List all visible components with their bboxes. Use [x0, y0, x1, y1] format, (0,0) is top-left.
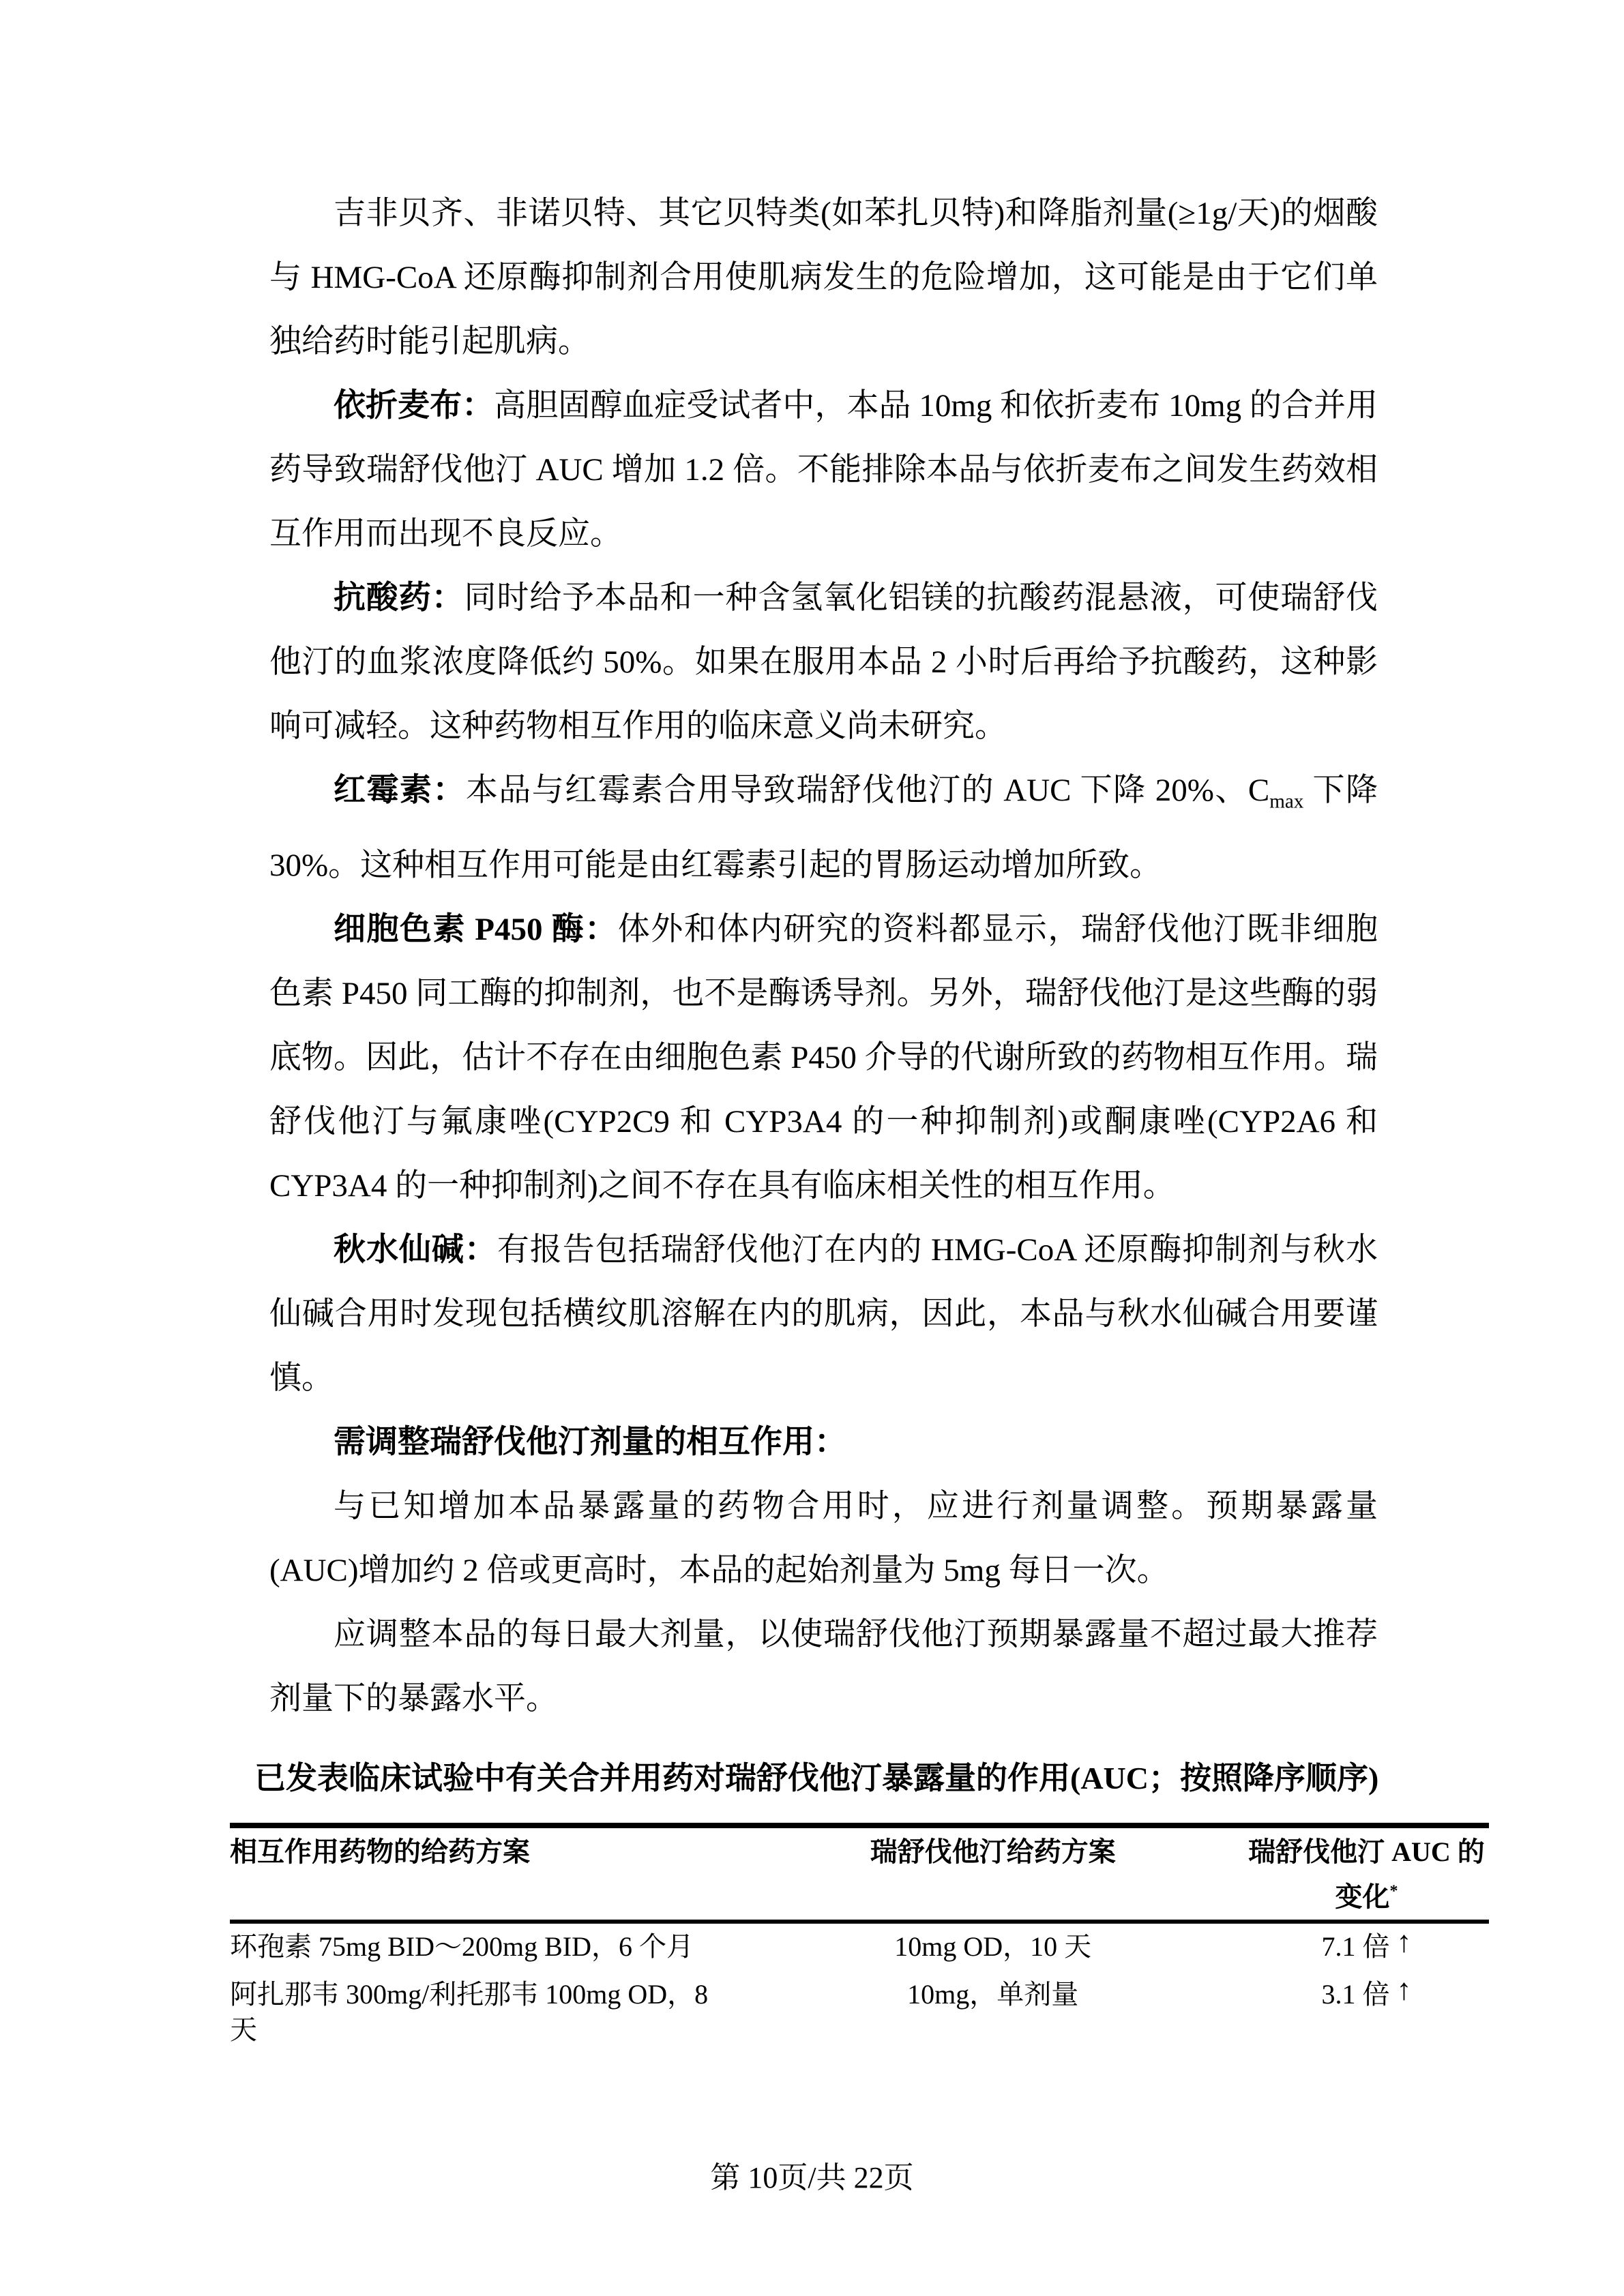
col-header-auc-line2: 变化 [1335, 1881, 1389, 1912]
cell-drug: 环孢素 75mg BID～200mg BID，6 个月 [230, 1922, 742, 1971]
table-header: 相互作用药物的给药方案 瑞舒伐他汀给药方案 瑞舒伐他汀 AUC 的变化* [230, 1825, 1489, 1922]
paragraph-lead: 抗酸药： [334, 580, 464, 616]
paragraph-erythromycin: 红霉素：本品与红霉素合用导致瑞舒伐他汀的 AUC 下降 20%、Cmax 下降 … [269, 758, 1378, 897]
cmax-subscript: max [1269, 790, 1303, 812]
paragraph-text: 本品与红霉素合用导致瑞舒伐他汀的 AUC 下降 20%、C [466, 773, 1269, 808]
col-header-interacting-drug: 相互作用药物的给药方案 [230, 1825, 742, 1922]
interaction-table: 相互作用药物的给药方案 瑞舒伐他汀给药方案 瑞舒伐他汀 AUC 的变化* 环孢素… [230, 1823, 1489, 2055]
col-header-auc-line1: 瑞舒伐他汀 AUC 的 [1248, 1836, 1485, 1867]
heading-text: 需调整瑞舒伐他汀剂量的相互作用： [334, 1425, 846, 1460]
paragraph-ezetimibe: 依折麦布：高胆固醇血症受试者中，本品 10mg 和依折麦布 10mg 的合并用药… [269, 374, 1378, 566]
paragraph-lead: 细胞色素 P450 酶： [334, 912, 618, 947]
paragraph-lead: 依折麦布： [334, 388, 494, 423]
footnote-asterisk: * [1389, 1883, 1398, 1900]
paragraph-lead: 红霉素： [334, 773, 466, 808]
paragraph-text: 吉非贝齐、非诺贝特、其它贝特类(如苯扎贝特)和降脂剂量(≥1g/天)的烟酸与 H… [269, 196, 1378, 359]
paragraph-colchicine: 秋水仙碱：有报告包括瑞舒伐他汀在内的 HMG-CoA 还原酶抑制剂与秋水仙碱合用… [269, 1218, 1378, 1410]
page-footer: 第 10页/共 22页 [0, 2158, 1624, 2198]
paragraph-text: 应调整本品的每日最大剂量，以使瑞舒伐他汀预期暴露量不超过最大推荐剂量下的暴露水平… [269, 1617, 1378, 1716]
auc-change-value: 3.1 倍 [1321, 1979, 1389, 2010]
paragraph-dose-increase: 与已知增加本品暴露量的药物合用时，应进行剂量调整。预期暴露量(AUC)增加约 2… [269, 1474, 1378, 1602]
cell-auc-change: 3.1 倍 ↑ [1244, 1971, 1489, 2055]
col-header-auc-change: 瑞舒伐他汀 AUC 的变化* [1244, 1825, 1489, 1922]
body-text: 吉非贝齐、非诺贝特、其它贝特类(如苯扎贝特)和降脂剂量(≥1g/天)的烟酸与 H… [269, 181, 1378, 1731]
paragraph-cyp450: 细胞色素 P450 酶：体外和体内研究的资料都显示，瑞舒伐他汀既非细胞色素 P4… [269, 897, 1378, 1218]
table-row-cyclosporine: 环孢素 75mg BID～200mg BID，6 个月 10mg OD，10 天… [230, 1922, 1489, 1971]
table-title: 已发表临床试验中有关合并用药对瑞舒伐他汀暴露量的作用(AUC；按照降序顺序) [254, 1758, 1489, 1799]
auc-change-value: 7.1 倍 [1321, 1931, 1389, 1962]
paragraph-fibrates: 吉非贝齐、非诺贝特、其它贝特类(如苯扎贝特)和降脂剂量(≥1g/天)的烟酸与 H… [269, 181, 1378, 374]
table-row-atazanavir: 阿扎那韦 300mg/利托那韦 100mg OD，8 天 10mg，单剂量 3.… [230, 1971, 1489, 2055]
cell-regimen: 10mg，单剂量 [742, 1971, 1244, 2055]
cell-drug: 阿扎那韦 300mg/利托那韦 100mg OD，8 天 [230, 1971, 742, 2055]
paragraph-max-daily-dose: 应调整本品的每日最大剂量，以使瑞舒伐他汀预期暴露量不超过最大推荐剂量下的暴露水平… [269, 1602, 1378, 1731]
cell-regimen: 10mg OD，10 天 [742, 1922, 1244, 1971]
paragraph-lead: 秋水仙碱： [334, 1232, 497, 1268]
paragraph-text: 与已知增加本品暴露量的药物合用时，应进行剂量调整。预期暴露量(AUC)增加约 2… [269, 1489, 1378, 1588]
table-header-row: 相互作用药物的给药方案 瑞舒伐他汀给药方案 瑞舒伐他汀 AUC 的变化* [230, 1825, 1489, 1922]
paragraph-text: 体外和体内研究的资料都显示，瑞舒伐他汀既非细胞色素 P450 同工酶的抑制剂，也… [269, 912, 1378, 1204]
col-header-rosuvastatin-regimen: 瑞舒伐他汀给药方案 [742, 1825, 1244, 1922]
document-page: 吉非贝齐、非诺贝特、其它贝特类(如苯扎贝特)和降脂剂量(≥1g/天)的烟酸与 H… [0, 0, 1624, 2296]
cell-auc-change: 7.1 倍 ↑ [1244, 1922, 1489, 1971]
paragraph-antacid: 抗酸药：同时给予本品和一种含氢氧化铝镁的抗酸药混悬液，可使瑞舒伐他汀的血浆浓度降… [269, 566, 1378, 758]
heading-dose-adjustment: 需调整瑞舒伐他汀剂量的相互作用： [269, 1410, 1378, 1474]
table-body: 环孢素 75mg BID～200mg BID，6 个月 10mg OD，10 天… [230, 1922, 1489, 2055]
